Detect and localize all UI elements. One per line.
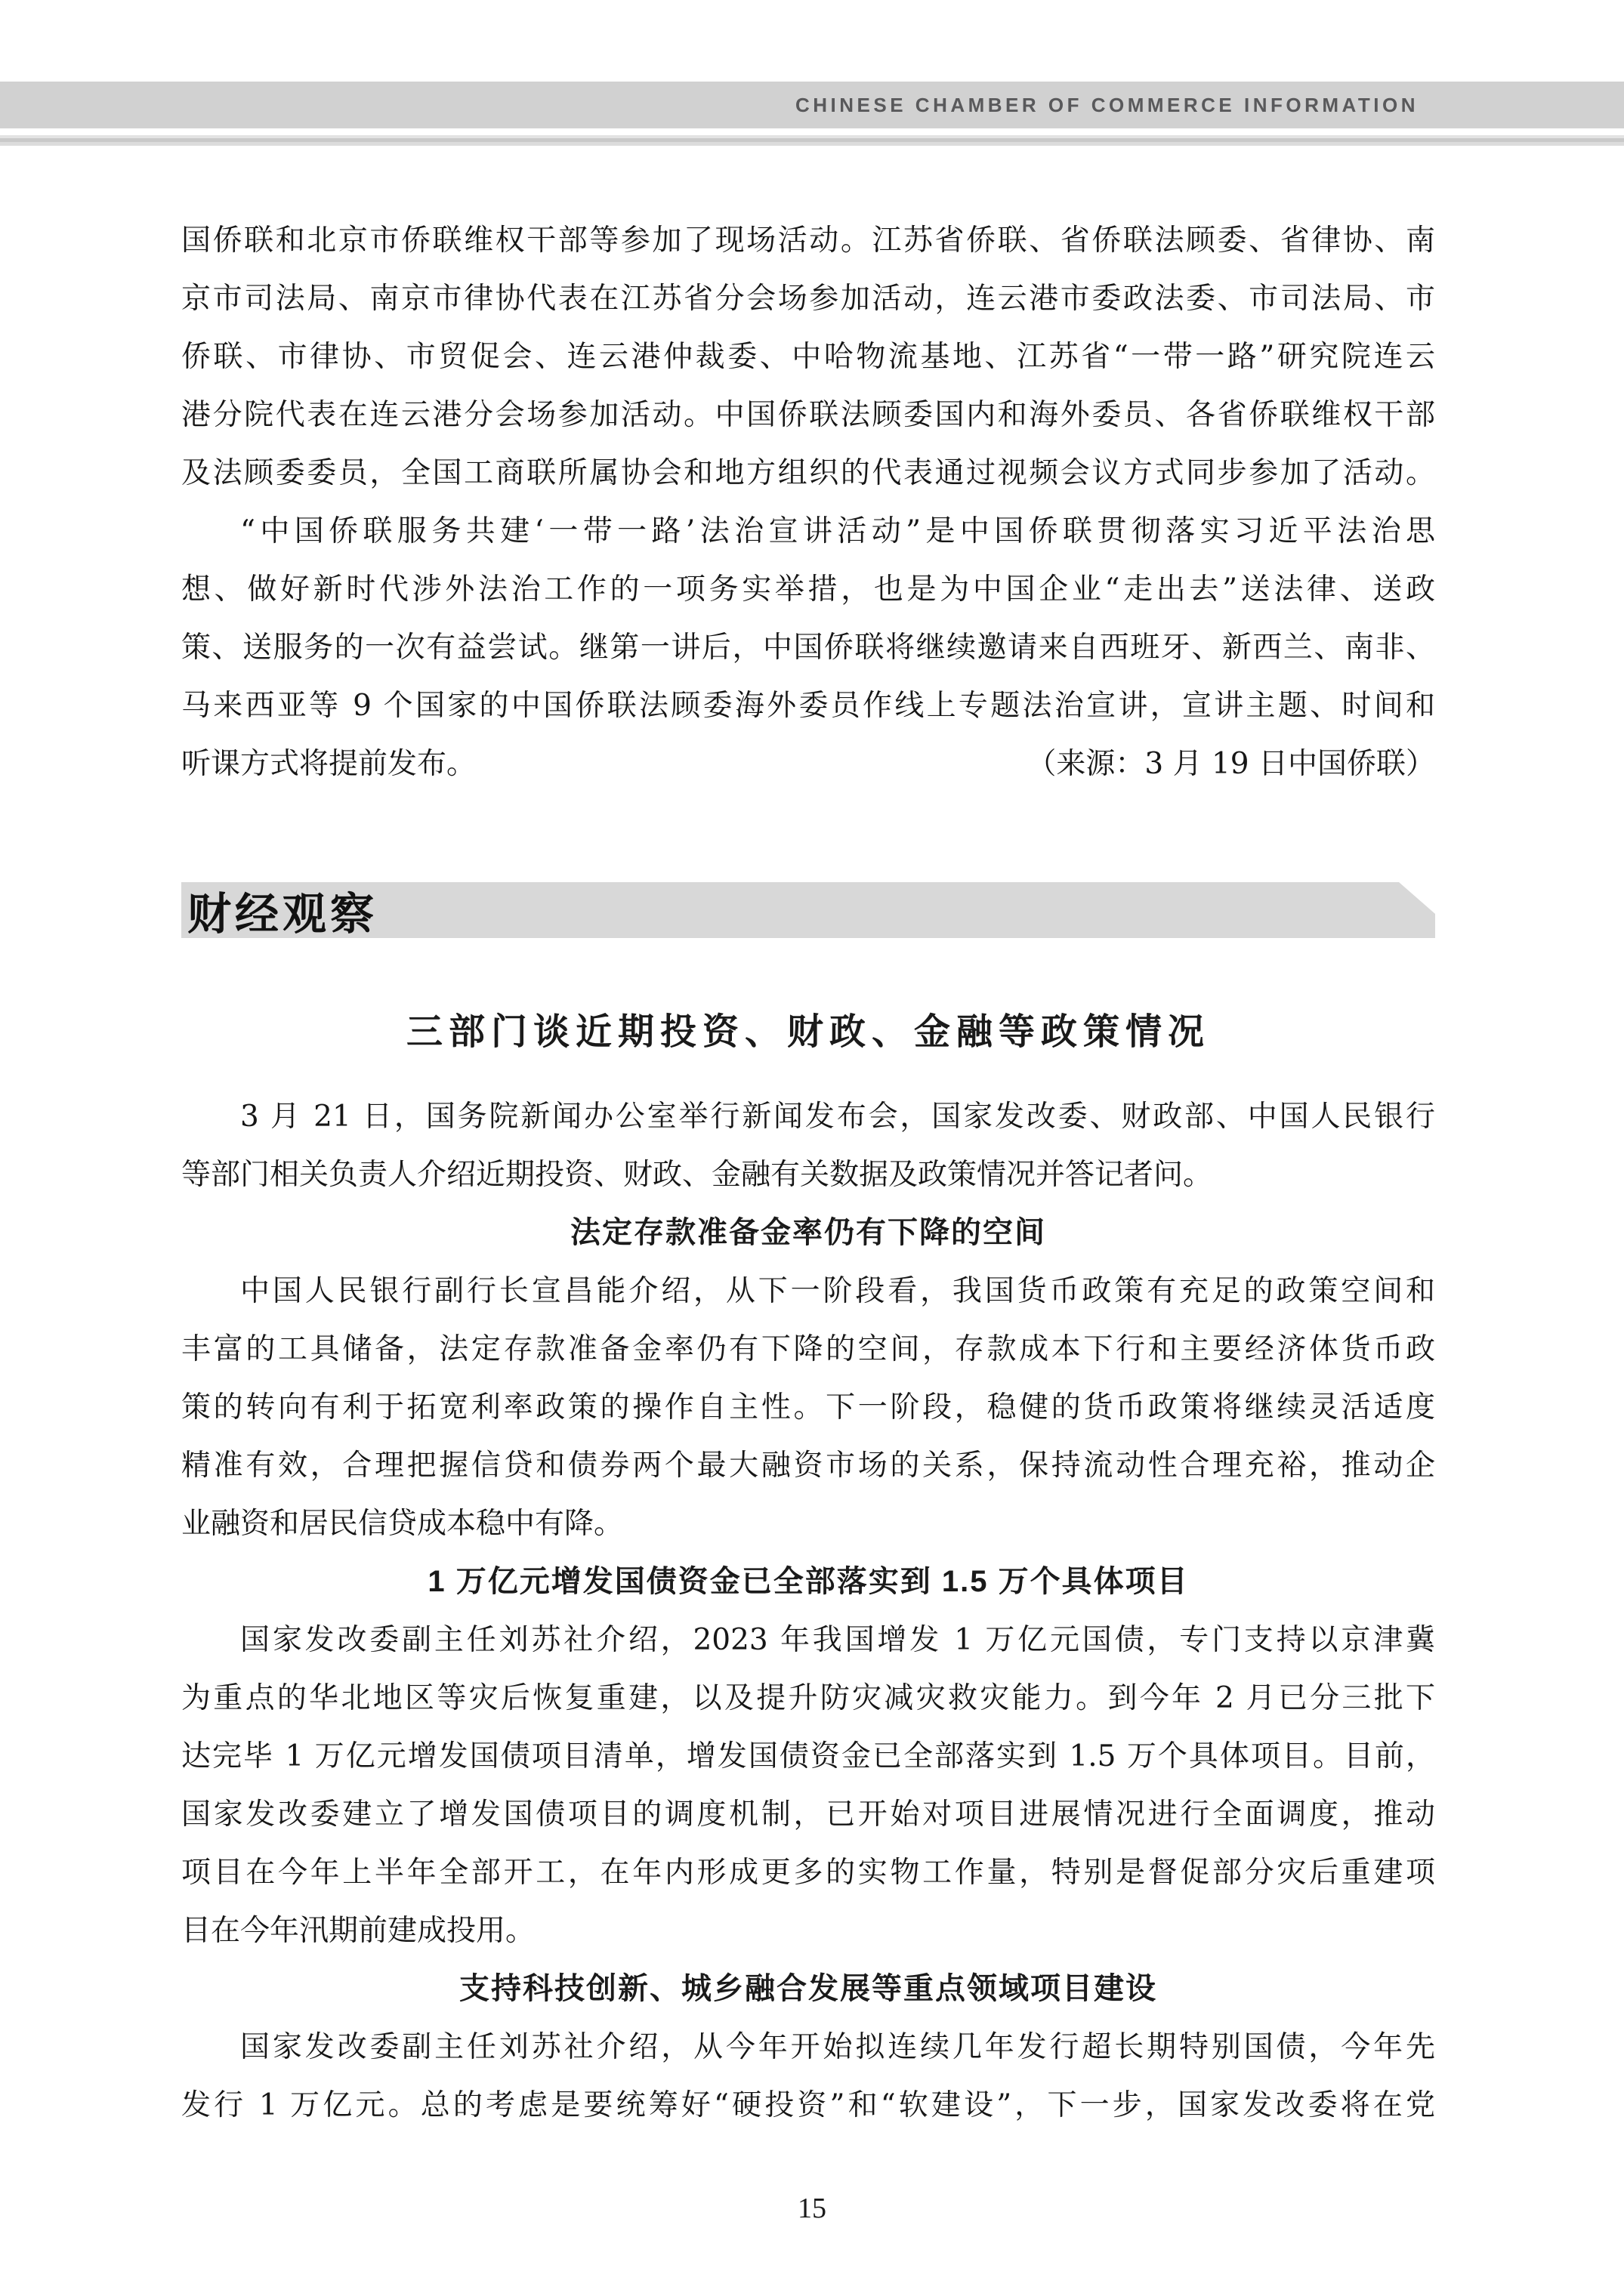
body-line: 发行 1 万亿元。总的考虑是要统筹好“硬投资”和“软建设”，下一步，国家发改委将… [181, 2076, 1435, 2134]
body-line: 国家发改委建立了增发国债项目的调度机制，已开始对项目进展情况进行全面调度，推动 [181, 1785, 1435, 1844]
body-line: 港分院代表在连云港分会场参加活动。中国侨联法顾委国内和海外委员、各省侨联维权干部 [181, 386, 1435, 444]
body-line: 业融资和居民信贷成本稳中有降。 [181, 1495, 1435, 1553]
header-band: CHINESE CHAMBER OF COMMERCE INFORMATION [0, 82, 1624, 128]
subheading: 法定存款准备金率仍有下降的空间 [181, 1204, 1435, 1262]
header-divider-line [0, 135, 1624, 146]
body-block-1: 国侨联和北京市侨联维权干部等参加了现场活动。江苏省侨联、省侨联法顾委、省律协、南… [181, 211, 1435, 793]
body-line: 丰富的工具储备，法定存款准备金率仍有下降的空间，存款成本下行和主要经济体货币政 [181, 1320, 1435, 1378]
body-line: 目在今年汛期前建成投用。 [181, 1902, 1435, 1960]
body-line: 中国人民银行副行长宣昌能介绍，从下一阶段看，我国货币政策有充足的政策空间和 [181, 1262, 1435, 1320]
subheading: 支持科技创新、城乡融合发展等重点领域项目建设 [181, 1960, 1435, 2018]
body-line: 为重点的华北地区等灾后恢复重建，以及提升防灾减灾救灾能力。到今年 2 月已分三批… [181, 1669, 1435, 1727]
page-number: 15 [0, 2192, 1624, 2230]
body-line: 国家发改委副主任刘苏社介绍，2023 年我国增发 1 万亿元国债，专门支持以京津… [181, 1611, 1435, 1669]
body-line: 国家发改委副主任刘苏社介绍，从今年开始拟连续几年发行超长期特别国债，今年先 [181, 2018, 1435, 2076]
body-line: 等部门相关负责人介绍近期投资、财政、金融有关数据及政策情况并答记者问。 [181, 1146, 1435, 1204]
source-note: （来源：3 月 19 日中国侨联） [1027, 735, 1435, 793]
body-line: 3 月 21 日，国务院新闻办公室举行新闻发布会，国家发改委、财政部、中国人民银… [181, 1088, 1435, 1146]
body-line: 马来西亚等 9 个国家的中国侨联法顾委海外委员作线上专题法治宣讲，宣讲主题、时间… [181, 677, 1435, 735]
body-line: 策的转向有利于拓宽利率政策的操作自主性。下一阶段，稳健的货币政策将继续灵活适度 [181, 1378, 1435, 1437]
header-banner-text: CHINESE CHAMBER OF COMMERCE INFORMATION [795, 94, 1419, 117]
section-bar-label: 财经观察 [187, 878, 378, 942]
section-bar: 财经观察 [181, 882, 1435, 938]
body-line: “中国侨联服务共建‘一带一路’法治宣讲活动”是中国侨联贯彻落实习近平法治思 [181, 502, 1435, 560]
body-line: 国侨联和北京市侨联维权干部等参加了现场活动。江苏省侨联、省侨联法顾委、省律协、南 [181, 211, 1435, 270]
article-title: 三部门谈近期投资、财政、金融等政策情况 [181, 998, 1435, 1066]
body-line: 及法顾委委员，全国工商联所属协会和地方组织的代表通过视频会议方式同步参加了活动。 [181, 444, 1435, 502]
body-line: 精准有效，合理把握信贷和债券两个最大融资市场的关系，保持流动性合理充裕，推动企 [181, 1437, 1435, 1495]
body-line-end: 听课方式将提前发布。 [181, 735, 476, 793]
document-page: CHINESE CHAMBER OF COMMERCE INFORMATION … [0, 0, 1624, 2293]
body-line: 京市司法局、南京市律协代表在江苏省分会场参加活动，连云港市委政法委、市司法局、市 [181, 270, 1435, 328]
body-line: 策、送服务的一次有益尝试。继第一讲后，中国侨联将继续邀请来自西班牙、新西兰、南非… [181, 619, 1435, 677]
body-line: 达完毕 1 万亿元增发国债项目清单，增发国债资金已全部落实到 1.5 万个具体项… [181, 1727, 1435, 1785]
body-line: 项目在今年上半年全部开工，在年内形成更多的实物工作量，特别是督促部分灾后重建项 [181, 1844, 1435, 1902]
body-block-2: 3 月 21 日，国务院新闻办公室举行新闻发布会，国家发改委、财政部、中国人民银… [181, 1088, 1435, 2134]
source-line: 听课方式将提前发布。 （来源：3 月 19 日中国侨联） [181, 735, 1435, 793]
subheading: 1 万亿元增发国债资金已全部落实到 1.5 万个具体项目 [181, 1553, 1435, 1611]
body-line: 想、做好新时代涉外法治工作的一项务实举措，也是为中国企业“走出去”送法律、送政 [181, 560, 1435, 619]
body-line: 侨联、市律协、市贸促会、连云港仲裁委、中哈物流基地、江苏省“一带一路”研究院连云 [181, 328, 1435, 386]
